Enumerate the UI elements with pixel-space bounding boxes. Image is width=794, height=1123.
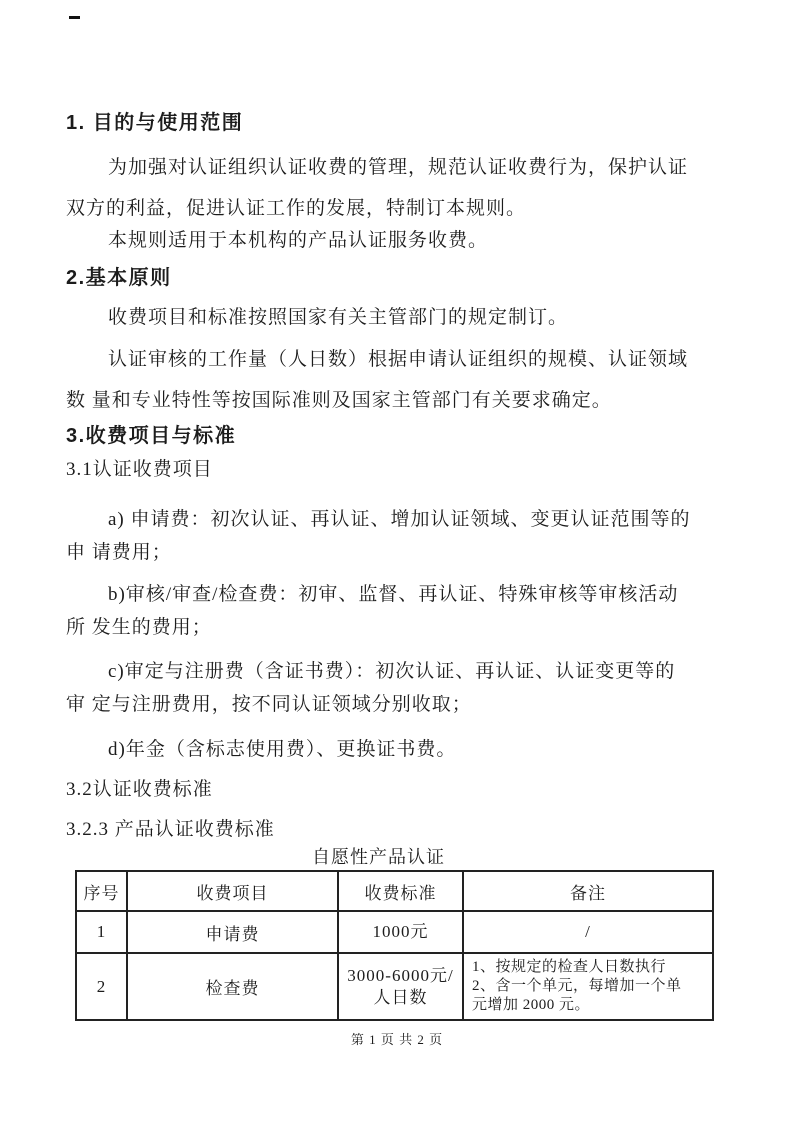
table-cell-standard: 3000-6000元/ 人日数: [338, 953, 463, 1020]
section-3-heading: 3.收费项目与标准: [66, 423, 730, 449]
corner-dash-mark: [69, 16, 80, 19]
table-cell-remark: 1、按规定的检查人日数执行 2、含一个单元，每增加一个单 元增加 2000 元。: [463, 953, 713, 1020]
list-item-b: b)审核/审查/检查费：初审、监督、再认证、特殊审核等审核活动: [66, 582, 730, 608]
doc-line: 申 请费用；: [66, 540, 730, 566]
doc-line: 认证审核的工作量（人日数）根据申请认证组织的规模、认证领域: [66, 347, 730, 373]
table-header-cell-no: 序号: [76, 871, 127, 911]
table-header-row: 序号 收费项目 收费标准 备注: [76, 871, 713, 911]
subsection-3-2-3-heading: 3.2.3 产品认证收费标准: [66, 817, 730, 843]
subsection-3-1-heading: 3.1认证收费项目: [66, 457, 730, 483]
table-row: 2 检查费 3000-6000元/ 人日数 1、按规定的检查人日数执行 2、含一…: [76, 953, 713, 1020]
table-header-cell-remark: 备注: [463, 871, 713, 911]
section-2-heading: 2.基本原则: [66, 265, 730, 291]
table-cell-no: 1: [76, 911, 127, 953]
doc-line: 数 量和专业特性等按国际准则及国家主管部门有关要求确定。: [66, 388, 730, 414]
table-cell-standard: 1000元: [338, 911, 463, 953]
doc-line: 为加强对认证组织认证收费的管理，规范认证收费行为，保护认证: [66, 155, 730, 181]
table-caption: 自愿性产品认证: [75, 844, 712, 870]
standard-line: 1000元: [345, 921, 456, 943]
doc-line: 所 发生的费用；: [66, 615, 730, 641]
section-1-heading: 1. 目的与使用范围: [66, 110, 730, 136]
remark-line: 1、按规定的检查人日数执行: [472, 958, 704, 977]
doc-line: 本规则适用于本机构的产品认证服务收费。: [66, 228, 730, 254]
table-cell-item: 检查费: [127, 953, 338, 1020]
table-header-cell-item: 收费项目: [127, 871, 338, 911]
remark-line: 元增加 2000 元。: [472, 996, 704, 1015]
table-cell-no: 2: [76, 953, 127, 1020]
list-item-a: a) 申请费：初次认证、再认证、增加认证领域、变更认证范围等的: [66, 507, 730, 533]
doc-line: 收费项目和标准按照国家有关主管部门的规定制订。: [66, 305, 730, 331]
table-header-cell-standard: 收费标准: [338, 871, 463, 911]
document-page: 1. 目的与使用范围 为加强对认证组织认证收费的管理，规范认证收费行为，保护认证…: [0, 0, 794, 1123]
doc-line: 审 定与注册费用，按不同认证领域分别收取；: [66, 692, 730, 718]
table-cell-item: 申请费: [127, 911, 338, 953]
standard-line: 3000-6000元/: [345, 965, 456, 987]
page-number-footer: 第 1 页 共 2 页: [0, 1029, 794, 1048]
fee-table: 序号 收费项目 收费标准 备注 1 申请费 1000元 /: [75, 870, 714, 1021]
document-body: 1. 目的与使用范围 为加强对认证组织认证收费的管理，规范认证收费行为，保护认证…: [0, 0, 794, 1021]
list-item-c: c)审定与注册费（含证书费）：初次认证、再认证、认证变更等的: [66, 659, 730, 685]
remark-line: 2、含一个单元，每增加一个单: [472, 977, 704, 996]
list-item-d: d)年金（含标志使用费）、更换证书费。: [66, 737, 730, 763]
doc-line: 双方的利益，促进认证工作的发展，特制订本规则。: [66, 196, 730, 222]
table-cell-remark: /: [463, 911, 713, 953]
subsection-3-2-heading: 3.2认证收费标准: [66, 777, 730, 803]
remark-line: /: [470, 921, 706, 943]
table-row: 1 申请费 1000元 /: [76, 911, 713, 953]
standard-line: 人日数: [345, 987, 456, 1009]
